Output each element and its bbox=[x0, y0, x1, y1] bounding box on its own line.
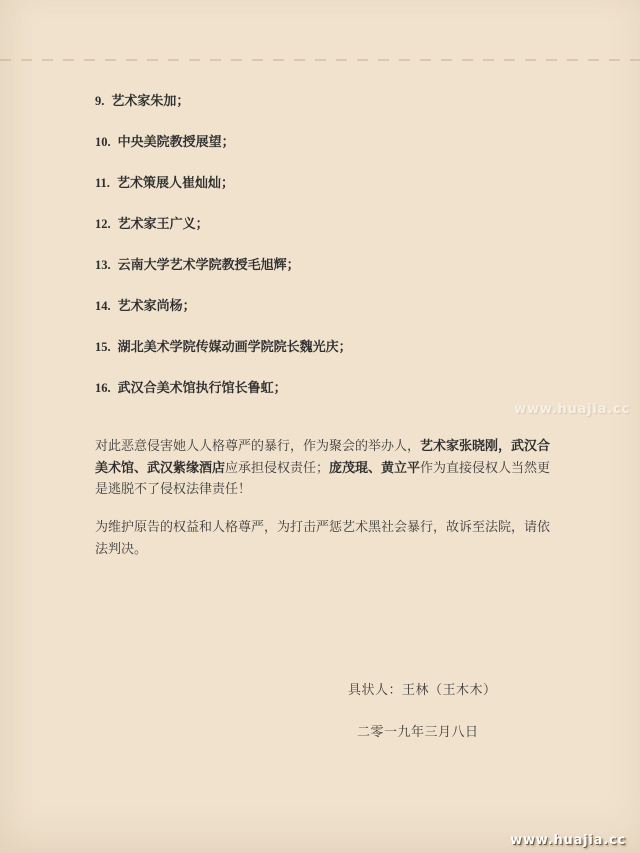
list-item-text: 云南大学艺术学院教授毛旭辉； bbox=[118, 257, 300, 272]
list-item-number: 13. bbox=[95, 258, 111, 272]
list-item-text: 艺术家朱加； bbox=[111, 93, 189, 108]
list-item-number: 15. bbox=[95, 340, 111, 354]
list-item-number: 11. bbox=[95, 176, 110, 190]
list-item-number: 10. bbox=[95, 135, 111, 149]
list-item-number: 16. bbox=[95, 381, 111, 395]
list-item: 9.艺术家朱加； bbox=[95, 93, 575, 109]
list-item: 13.云南大学艺术学院教授毛旭辉； bbox=[95, 257, 575, 273]
list-item-number: 14. bbox=[95, 299, 111, 313]
list-item: 14.艺术家尚杨； bbox=[95, 298, 575, 314]
list-item-text: 艺术家尚杨； bbox=[118, 298, 196, 313]
list-item-text: 武汉合美术馆执行馆长鲁虹； bbox=[118, 380, 287, 395]
watermark-bottom: www.huajia.cc bbox=[510, 833, 626, 848]
document-page: 9.艺术家朱加； 10.中央美院教授展望； 11.艺术策展人崔灿灿； 12.艺术… bbox=[0, 0, 640, 853]
signature-date: 二零一九年三月八日 bbox=[357, 721, 479, 740]
list-item: 15.湖北美术学院传媒动画学院院长魏光庆； bbox=[95, 339, 575, 355]
list-item-text: 湖北美术学院传媒动画学院院长魏光庆； bbox=[118, 339, 352, 354]
list-item: 10.中央美院教授展望； bbox=[95, 134, 575, 150]
para1-line1-bold: 艺术家张晓刚，武汉合 bbox=[420, 438, 550, 453]
list-item-number: 12. bbox=[95, 217, 111, 231]
watermark-mid: www.huajia.cc bbox=[514, 402, 630, 417]
para1-line1-normal: 对此恶意侵害她人人格尊严的暴行，作为聚会的举办人， bbox=[95, 438, 420, 453]
signature-name: 具状人：王林（王木木） bbox=[348, 679, 497, 698]
para1-line2-bold-a: 美术馆、武汉紫缘酒店 bbox=[95, 460, 225, 475]
para1-line2-normal-a: 应承担侵权责任； bbox=[225, 460, 329, 475]
list-item: 16.武汉合美术馆执行馆长鲁虹； bbox=[95, 380, 575, 396]
para2-line2: 法判决。 bbox=[95, 541, 147, 556]
para2-line1: 为维护原告的权益和人格尊严，为打击严惩艺术黑社会暴行，故诉至法院，请依 bbox=[95, 519, 550, 534]
list-item: 11.艺术策展人崔灿灿； bbox=[95, 175, 575, 191]
list-item: 12.艺术家王广义； bbox=[95, 216, 575, 232]
para1-line2-normal-b: 作为直接侵权人当然更 bbox=[420, 460, 550, 475]
para1-line3-normal: 是逃脱不了侵权法律责任！ bbox=[95, 481, 251, 496]
para1-line2-bold-b: 庞茂琨、黄立平 bbox=[329, 460, 420, 475]
paragraph-request: 为维护原告的权益和人格尊严，为打击严惩艺术黑社会暴行，故诉至法院，请依 法判决。 bbox=[95, 516, 557, 559]
list-item-number: 9. bbox=[95, 94, 104, 108]
paragraph-liability: 对此恶意侵害她人人格尊严的暴行，作为聚会的举办人，艺术家张晓刚，武汉合 美术馆、… bbox=[95, 435, 557, 500]
list-item-text: 中央美院教授展望； bbox=[118, 134, 235, 149]
fold-line bbox=[0, 59, 640, 61]
list-item-text: 艺术策展人崔灿灿； bbox=[117, 175, 234, 190]
list-item-text: 艺术家王广义； bbox=[118, 216, 209, 231]
